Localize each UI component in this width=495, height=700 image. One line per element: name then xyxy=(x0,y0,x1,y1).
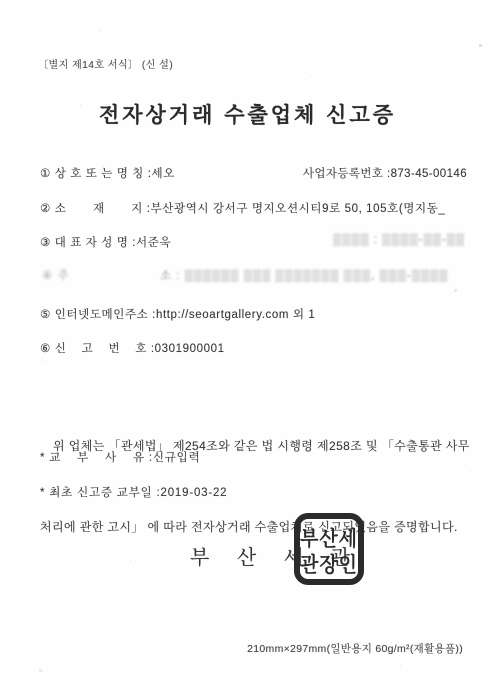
field-business-address-label: ② 소 재 지 : xyxy=(40,203,151,215)
field-internet-domain-label: ⑤ 인터넷도메인주소 : xyxy=(40,309,156,321)
first-issue-date-row: * 최초 신고증 교부일 :2019-03-22 xyxy=(40,484,227,500)
field-home-address-redacted-value: 소 : ▒▒▒▒▒▒ ▒▒▒ ▒▒▒▒▒▒▒ ▒▒▒, ▒▒▒-▒▒▒▒ xyxy=(160,267,448,283)
issue-reason-value: 신규입력 xyxy=(153,452,201,464)
certification-line-2: 처리에 관한 고시」 에 따라 전자상거래 수출업체로 신고되었음을 증명합니다… xyxy=(40,514,460,541)
field-internet-domain-value: http://seoartgallery.com 외 1 xyxy=(156,309,315,321)
field-representative-label: ③ 대 표 자 성 명 : xyxy=(40,237,136,249)
issue-reason-row: * 교 부 사 유 :신규입력 xyxy=(40,449,200,465)
field-business-address: ② 소 재 지 :부산광역시 강서구 명지오션시티9로 50, 105호(명지동… xyxy=(40,200,445,216)
field-report-number-label: ⑥ 신 고 번 호 : xyxy=(40,343,155,355)
seal-text-row1: 부산세 xyxy=(300,527,358,551)
issue-reason-label: * 교 부 사 유 : xyxy=(40,452,153,464)
field-business-registration: 사업자등록번호 :873-45-00146 xyxy=(303,165,467,181)
field-representative: ③ 대 표 자 성 명 :서준욱 xyxy=(40,234,171,250)
field-business-registration-label: 사업자등록번호 : xyxy=(303,168,391,180)
field-internet-domain: ⑤ 인터넷도메인주소 :http://seoartgallery.com 외 1 xyxy=(40,306,315,322)
field-report-number-value: 0301900001 xyxy=(155,343,225,355)
field-company-name-label: ① 상 호 또 는 명 칭 : xyxy=(40,168,152,180)
paper-spec-note: 210mm×297mm(일반용지 60g/m²(재활용품)) xyxy=(247,641,463,656)
official-seal-stamp-icon: 부산세 관장인 xyxy=(292,511,366,587)
page-title: 전자상거래 수출업체 신고증 xyxy=(0,99,495,129)
first-issue-date-label: * 최초 신고증 교부일 : xyxy=(40,487,161,499)
field-company-name-value: 세오 xyxy=(152,168,175,180)
field-business-address-value: 부산광역시 강서구 명지오션시티9로 50, 105호(명지동_ xyxy=(151,203,446,215)
first-issue-date-value: 2019-03-22 xyxy=(161,487,228,499)
field-representative-value: 서준욱 xyxy=(136,237,171,249)
field-report-number: ⑥ 신 고 번 호 :0301900001 xyxy=(40,340,225,356)
scanned-certificate-page: 〔별지 제14호 서식〕 (신 설) 전자상거래 수출업체 신고증 ① 상 호 … xyxy=(0,0,495,700)
field-business-registration-value: 873-45-00146 xyxy=(391,168,467,180)
field-company-name: ① 상 호 또 는 명 칭 :세오 xyxy=(40,165,175,181)
field-home-address-redacted-label: ④ 주 xyxy=(42,267,70,283)
seal-text-row2: 관장인 xyxy=(299,553,358,577)
form-number-note: 〔별지 제14호 서식〕 (신 설) xyxy=(38,56,173,71)
field-birthdate-redacted: ▒▒▒▒ : ▒▒▒▒-▒▒-▒▒ xyxy=(333,234,465,246)
scan-noise-dots xyxy=(100,30,101,31)
